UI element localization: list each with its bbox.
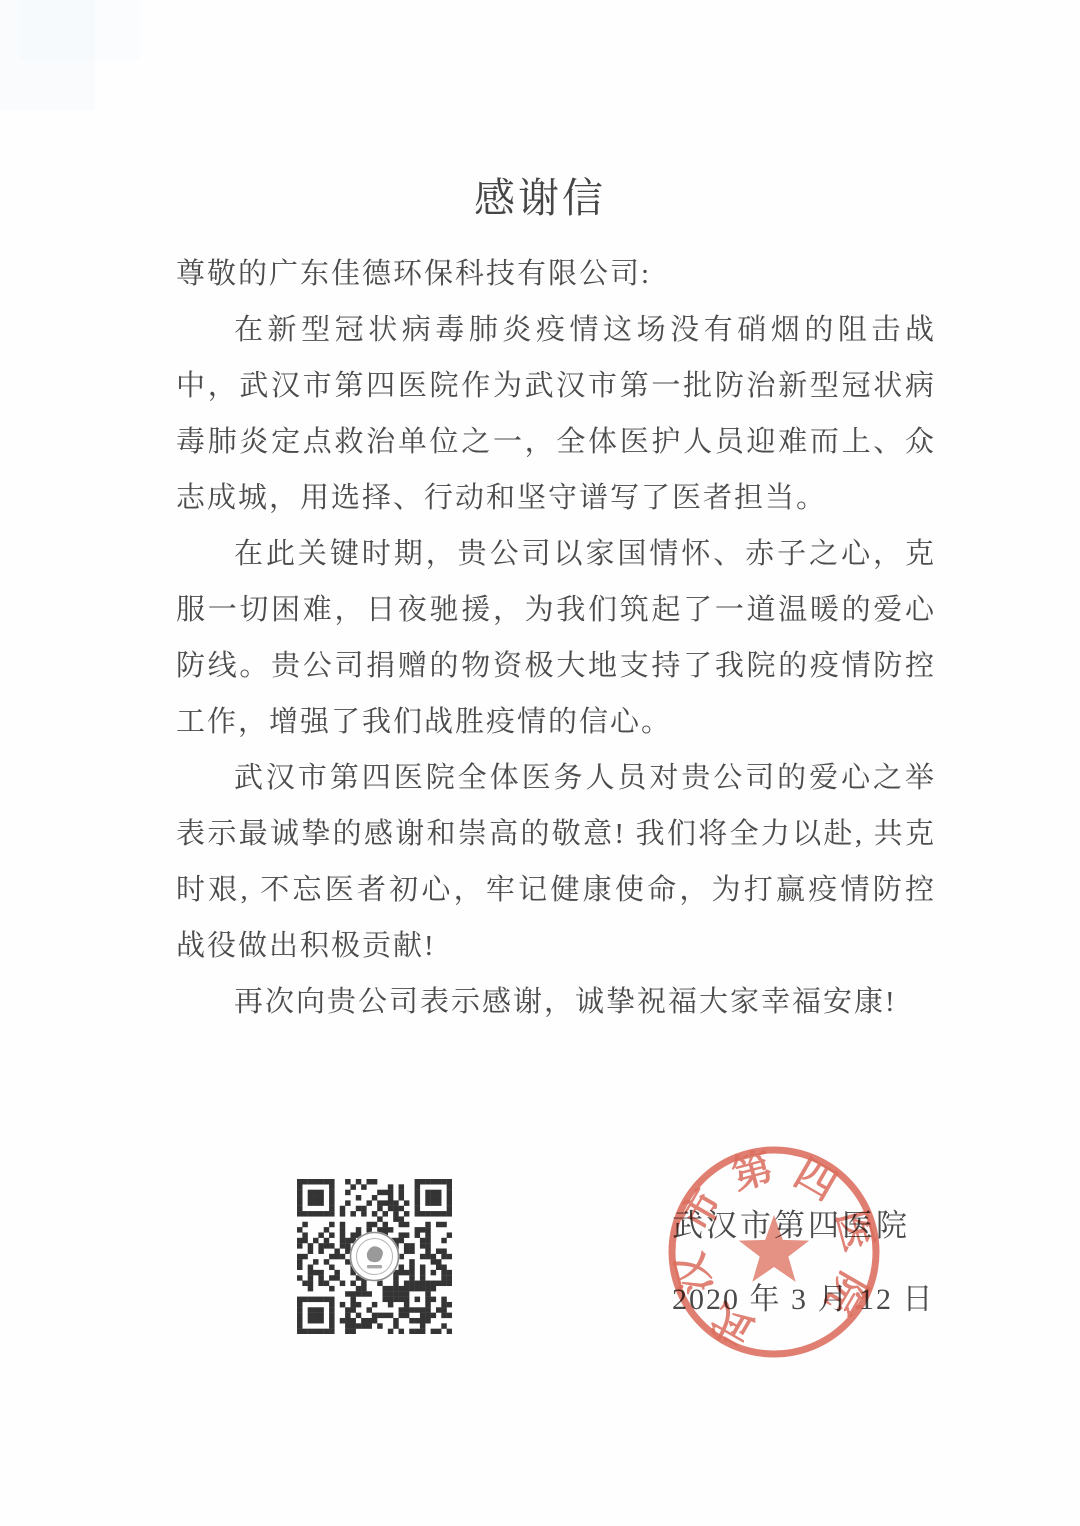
letter-body: 尊敬的广东佳德环保科技有限公司: 在新型冠状病毒肺炎疫情这场没有硝烟的阻击战中，… xyxy=(176,246,936,1030)
paragraph: 在新型冠状病毒肺炎疫情这场没有硝烟的阻击战中，武汉市第四医院作为武汉市第一批防治… xyxy=(176,302,936,526)
letter-title: 感谢信 xyxy=(0,165,1080,224)
paragraph: 再次向贵公司表示感谢，诚挚祝福大家幸福安康! xyxy=(176,974,936,1030)
signature-block: 武汉市第四医院 2020 年 3 月 12 日 xyxy=(672,1200,932,1318)
seal-character: 第 xyxy=(727,1144,777,1198)
salutation: 尊敬的广东佳德环保科技有限公司: xyxy=(176,246,936,302)
qr-code xyxy=(297,1179,452,1334)
qr-code-image xyxy=(297,1179,452,1334)
paragraph: 武汉市第四医院全体医务人员对贵公司的爱心之举表示最诚挚的感谢和崇高的敬意! 我们… xyxy=(176,750,936,974)
scan-artifact xyxy=(20,0,140,60)
signature-organization: 武汉市第四医院 xyxy=(672,1200,932,1245)
paragraph: 在此关键时期，贵公司以家国情怀、赤子之心，克服一切困难，日夜驰援，为我们筑起了一… xyxy=(176,526,936,750)
letter-page: 感谢信 尊敬的广东佳德环保科技有限公司: 在新型冠状病毒肺炎疫情这场没有硝烟的阻… xyxy=(0,0,1080,1526)
signature-date: 2020 年 3 月 12 日 xyxy=(672,1274,932,1318)
